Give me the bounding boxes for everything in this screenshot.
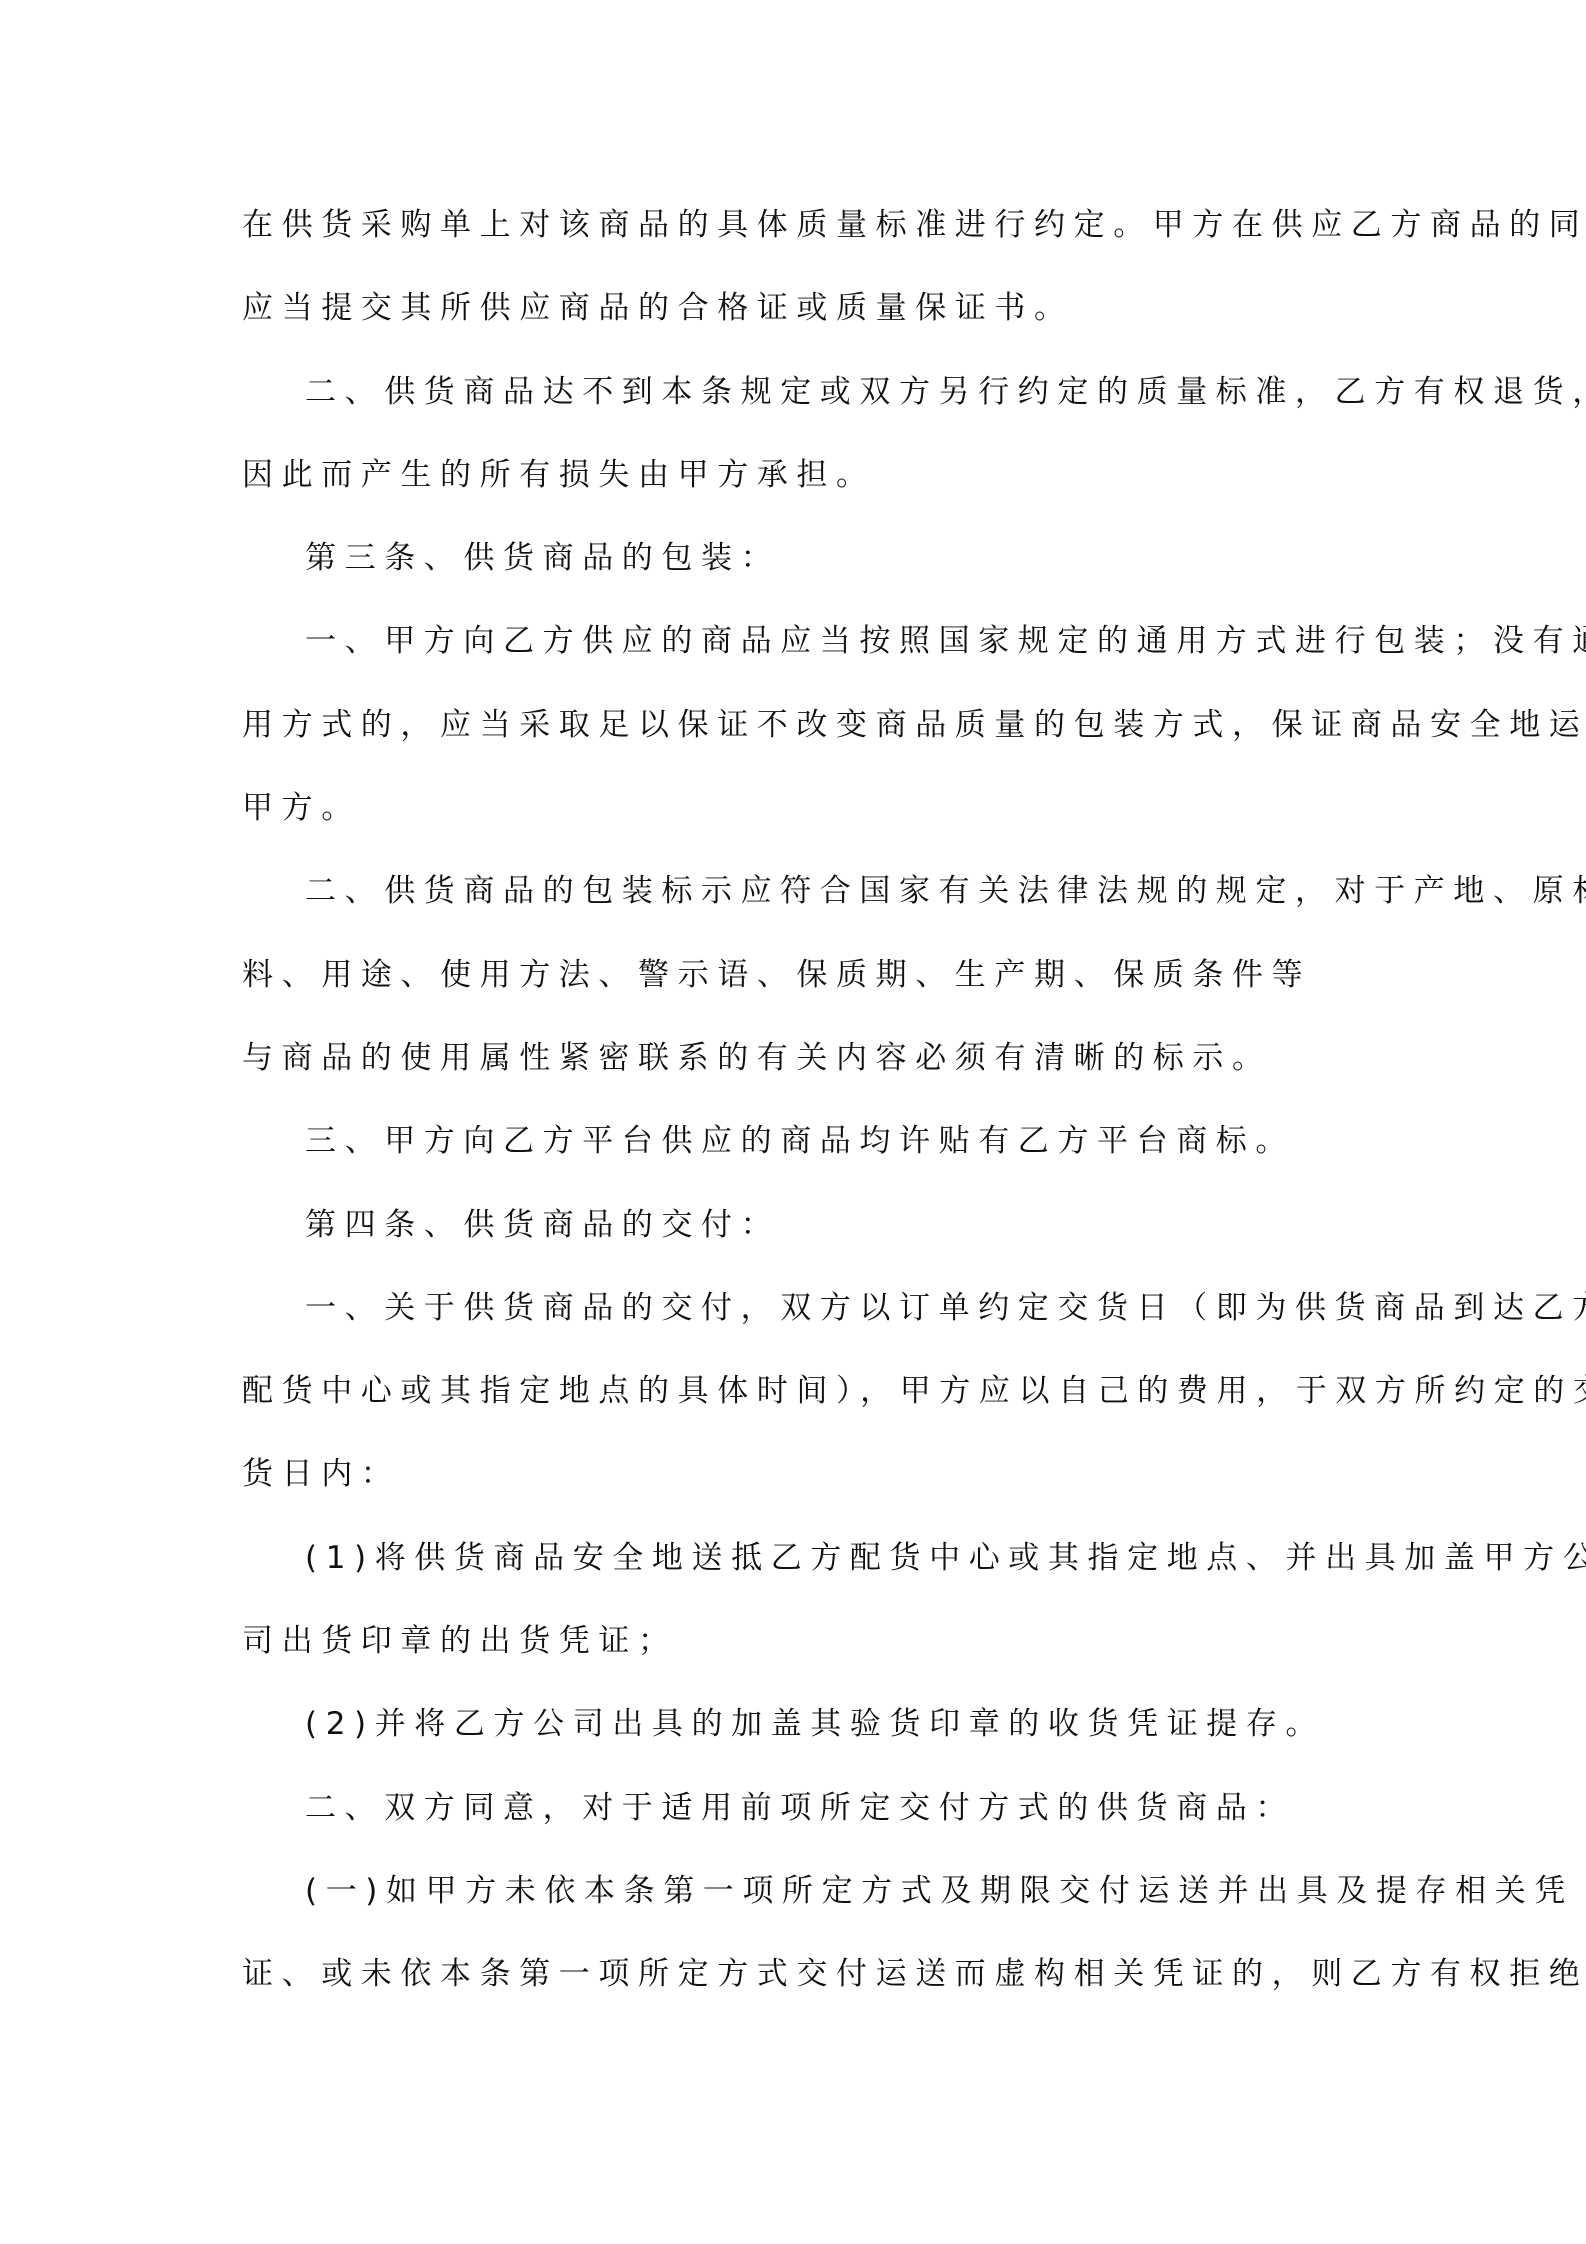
clause-paragraph: 三、甲方向乙方平台供应的商品均许贴有乙方平台商标。 [242,1100,1352,1183]
article-heading: 第三条、供货商品的包装： [242,517,1352,600]
clause-paragraph: 二、供货商品的包装标示应符合国家有关法律法规的规定，对于产地、原材 [242,850,1352,933]
text-line: 应当提交其所供应商品的合格证或质量保证书。 [242,267,1352,350]
text-line: 因此而产生的所有损失由甲方承担。 [242,434,1352,517]
sub-clause-paragraph: (2)并将乙方公司出具的加盖其验货印章的收货凭证提存。 [242,1683,1352,1766]
text-line: 料、用途、使用方法、警示语、保质期、生产期、保质条件等 [242,934,1352,1017]
text-line: 在供货采购单上对该商品的具体质量标准进行约定。甲方在供应乙方商品的同时 [242,184,1352,267]
clause-paragraph: 二、供货商品达不到本条规定或双方另行约定的质量标准，乙方有权退货， [242,351,1352,434]
clause-paragraph: 一、甲方向乙方供应的商品应当按照国家规定的通用方式进行包装；没有通 [242,600,1352,683]
text-line: 配货中心或其指定地点的具体时间），甲方应以自己的费用，于双方所约定的交 [242,1350,1352,1433]
text-line: 用方式的，应当采取足以保证不改变商品质量的包装方式，保证商品安全地运抵 [242,684,1352,767]
text-line: 证、或未依本条第一项所定方式交付运送而虚构相关凭证的，则乙方有权拒绝结 [242,1933,1352,2016]
clause-paragraph: 一、关于供货商品的交付，双方以订单约定交货日（即为供货商品到达乙方 [242,1267,1352,1350]
text-line: 与商品的使用属性紧密联系的有关内容必须有清晰的标示。 [242,1017,1352,1100]
document-page: 在供货采购单上对该商品的具体质量标准进行约定。甲方在供应乙方商品的同时 应当提交… [0,0,1586,2244]
text-line: 货日内： [242,1433,1352,1516]
text-line: 司出货印章的出货凭证； [242,1600,1352,1683]
sub-clause-paragraph: (1)将供货商品安全地送抵乙方配货中心或其指定地点、并出具加盖甲方公 [242,1517,1352,1600]
document-body: 在供货采购单上对该商品的具体质量标准进行约定。甲方在供应乙方商品的同时 应当提交… [242,184,1352,2017]
clause-paragraph: 二、双方同意，对于适用前项所定交付方式的供货商品： [242,1767,1352,1850]
sub-clause-paragraph: (一)如甲方未依本条第一项所定方式及期限交付运送并出具及提存相关凭 [242,1850,1352,1933]
article-heading: 第四条、供货商品的交付： [242,1184,1352,1267]
text-line: 甲方。 [242,767,1352,850]
